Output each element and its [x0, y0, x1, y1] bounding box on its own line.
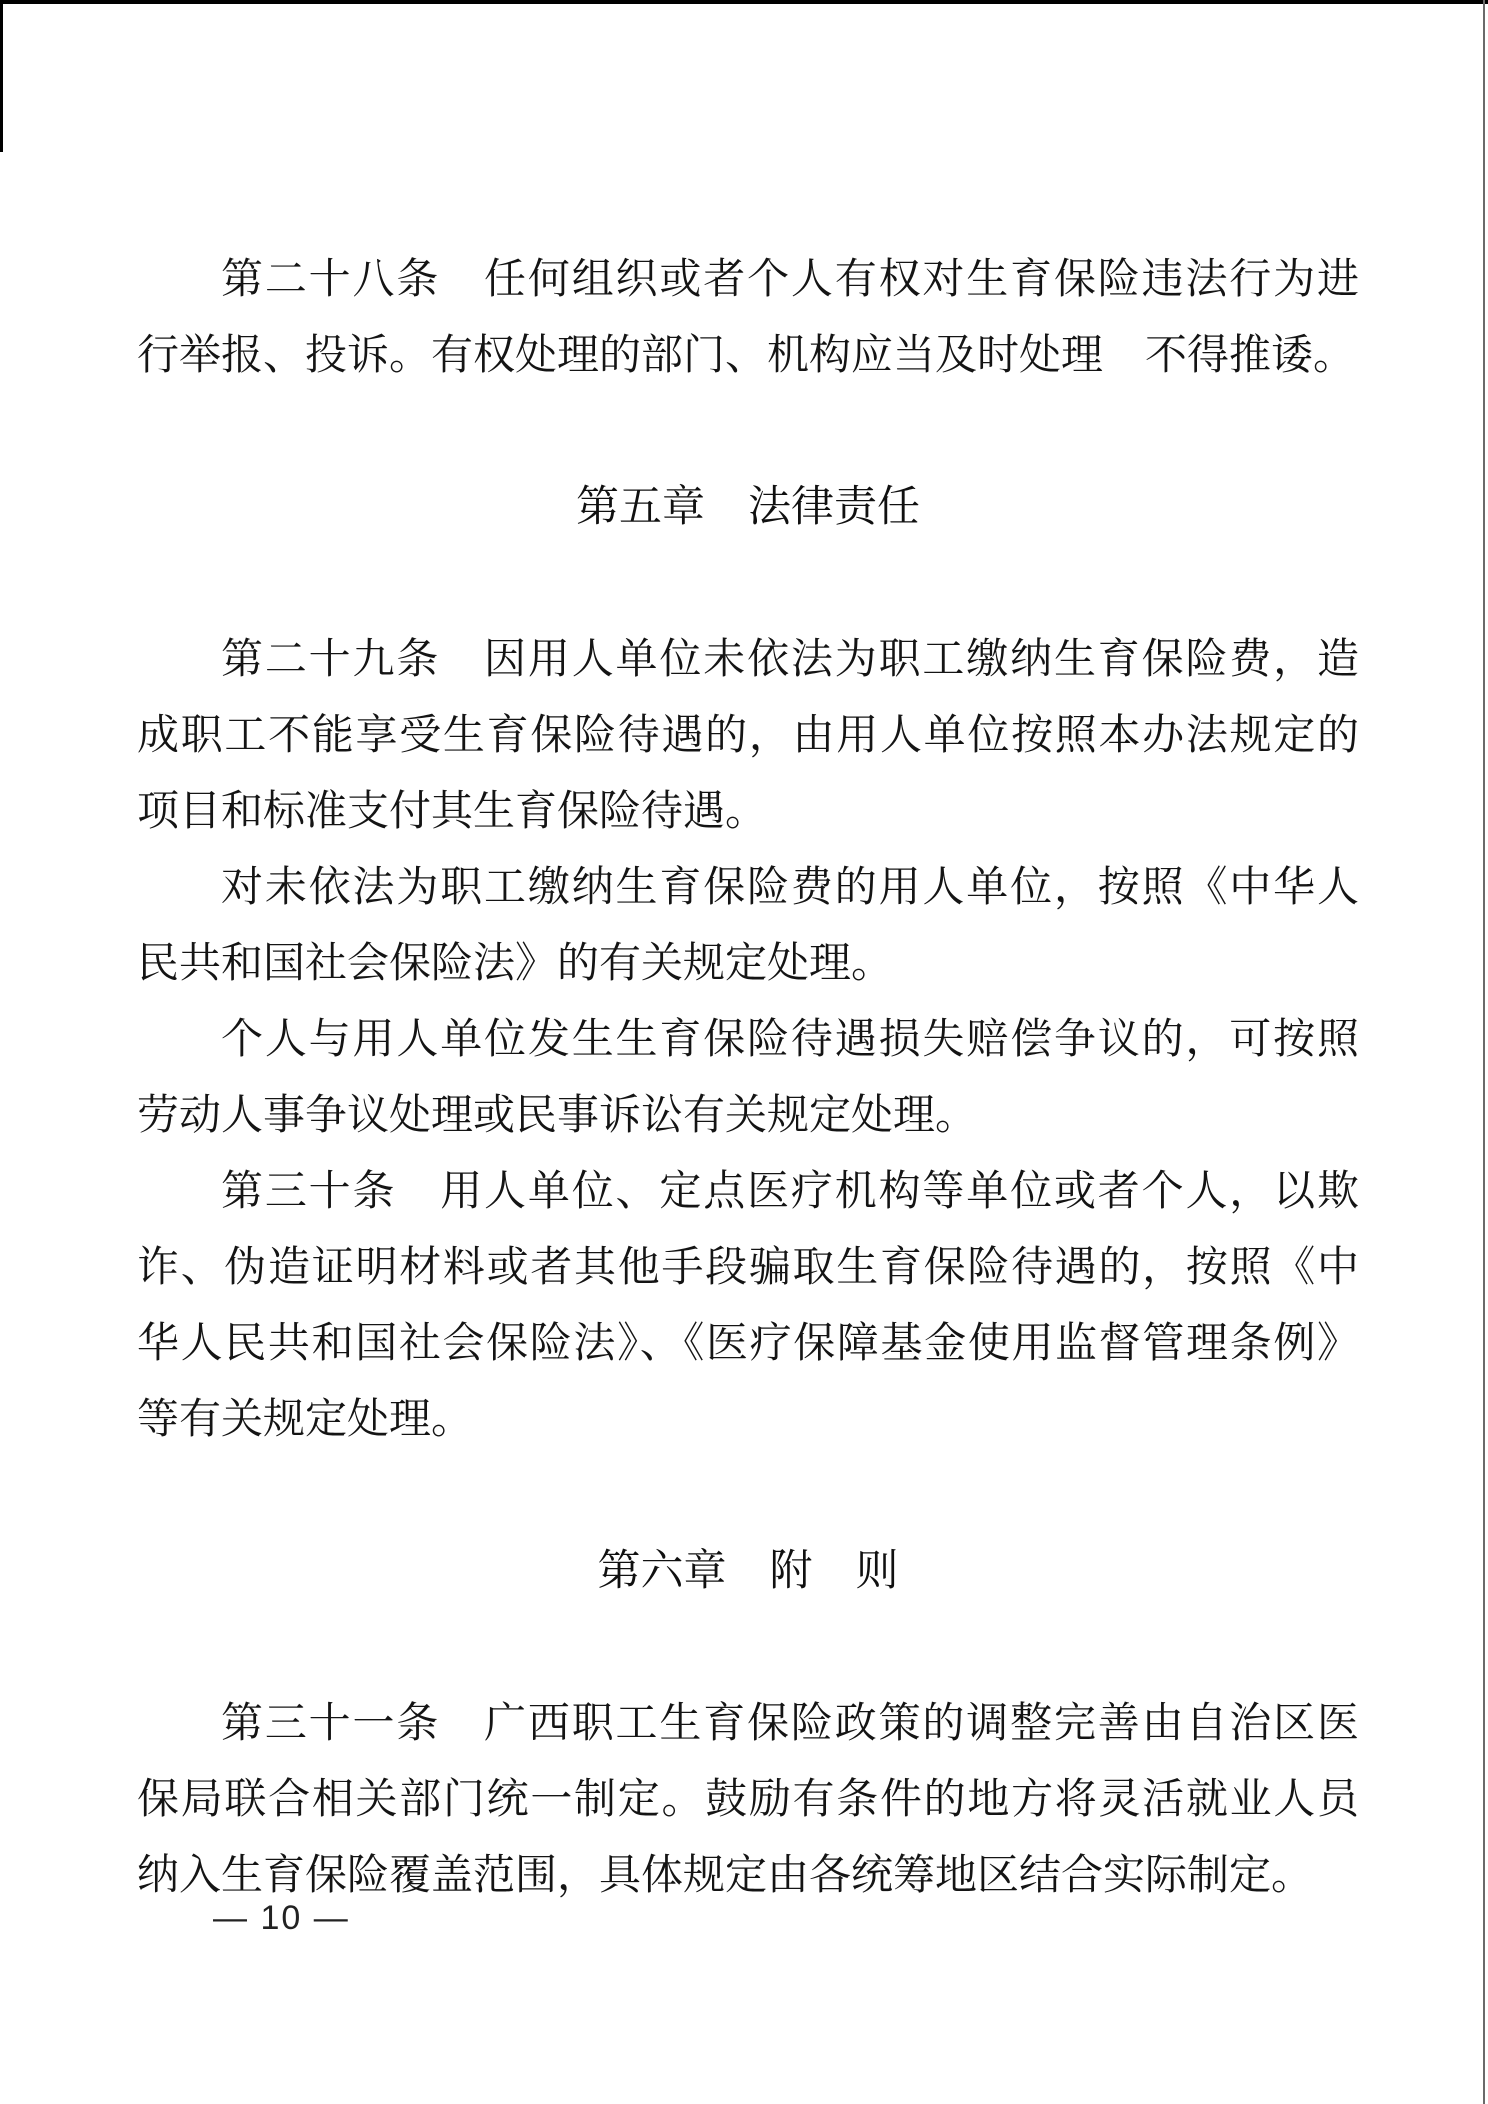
- paragraph-article-29-clause-3: 个人与用人单位发生生育保险待遇损失赔偿争议的，可按照 劳动人事争议处理或民事诉讼…: [137, 1001, 1359, 1153]
- paragraph-article-29-clause-2: 对未依法为职工缴纳生育保险费的用人单位，按照《中华人 民共和国社会保险法》的有关…: [137, 849, 1359, 1001]
- text-line: 对未依法为职工缴纳生育保险费的用人单位，按照《中华人: [137, 849, 1359, 925]
- text-line: 个人与用人单位发生生育保险待遇损失赔偿争议的，可按照: [137, 1001, 1359, 1077]
- paragraph-article-28: 第二十八条 任何组织或者个人有权对生育保险违法行为进 行举报、投诉。有权处理的部…: [137, 241, 1359, 393]
- text-line: 诈、伪造证明材料或者其他手段骗取生育保险待遇的，按照《中: [137, 1229, 1359, 1305]
- paragraph-article-30: 第三十条 用人单位、定点医疗机构等单位或者个人，以欺 诈、伪造证明材料或者其他手…: [137, 1153, 1359, 1457]
- document-body: 第二十八条 任何组织或者个人有权对生育保险违法行为进 行举报、投诉。有权处理的部…: [137, 241, 1359, 1913]
- text-line: 项目和标准支付其生育保险待遇。: [137, 773, 1359, 849]
- chapter-5-heading: 第五章 法律责任: [137, 469, 1359, 545]
- text-line: 华人民共和国社会保险法》、《医疗保障基金使用监督管理条例》: [137, 1305, 1359, 1381]
- paragraph-article-29: 第二十九条 因用人单位未依法为职工缴纳生育保险费，造 成职工不能享受生育保险待遇…: [137, 621, 1359, 849]
- text-line: 保局联合相关部门统一制定。鼓励有条件的地方将灵活就业人员: [137, 1761, 1359, 1837]
- text-line: 等有关规定处理。: [137, 1381, 1359, 1457]
- text-line: 行举报、投诉。有权处理的部门、机构应当及时处理 不得推诿。: [137, 317, 1359, 393]
- page-number: — 10 —: [213, 1898, 350, 1938]
- text-line: 成职工不能享受生育保险待遇的，由用人单位按照本办法规定的: [137, 697, 1359, 773]
- chapter-6-heading: 第六章 附 则: [137, 1533, 1359, 1609]
- text-line: 劳动人事争议处理或民事诉讼有关规定处理。: [137, 1077, 1359, 1153]
- text-line: 第三十一条 广西职工生育保险政策的调整完善由自治区医: [137, 1685, 1359, 1761]
- scan-left-edge-line: [0, 0, 3, 152]
- scan-top-edge-line: [0, 0, 1488, 4]
- scan-right-edge-line: [1483, 0, 1485, 2104]
- text-line: 第三十条 用人单位、定点医疗机构等单位或者个人，以欺: [137, 1153, 1359, 1229]
- text-line: 民共和国社会保险法》的有关规定处理。: [137, 925, 1359, 1001]
- text-line: 第二十八条 任何组织或者个人有权对生育保险违法行为进: [137, 241, 1359, 317]
- paragraph-article-31: 第三十一条 广西职工生育保险政策的调整完善由自治区医 保局联合相关部门统一制定。…: [137, 1685, 1359, 1913]
- text-line: 第二十九条 因用人单位未依法为职工缴纳生育保险费，造: [137, 621, 1359, 697]
